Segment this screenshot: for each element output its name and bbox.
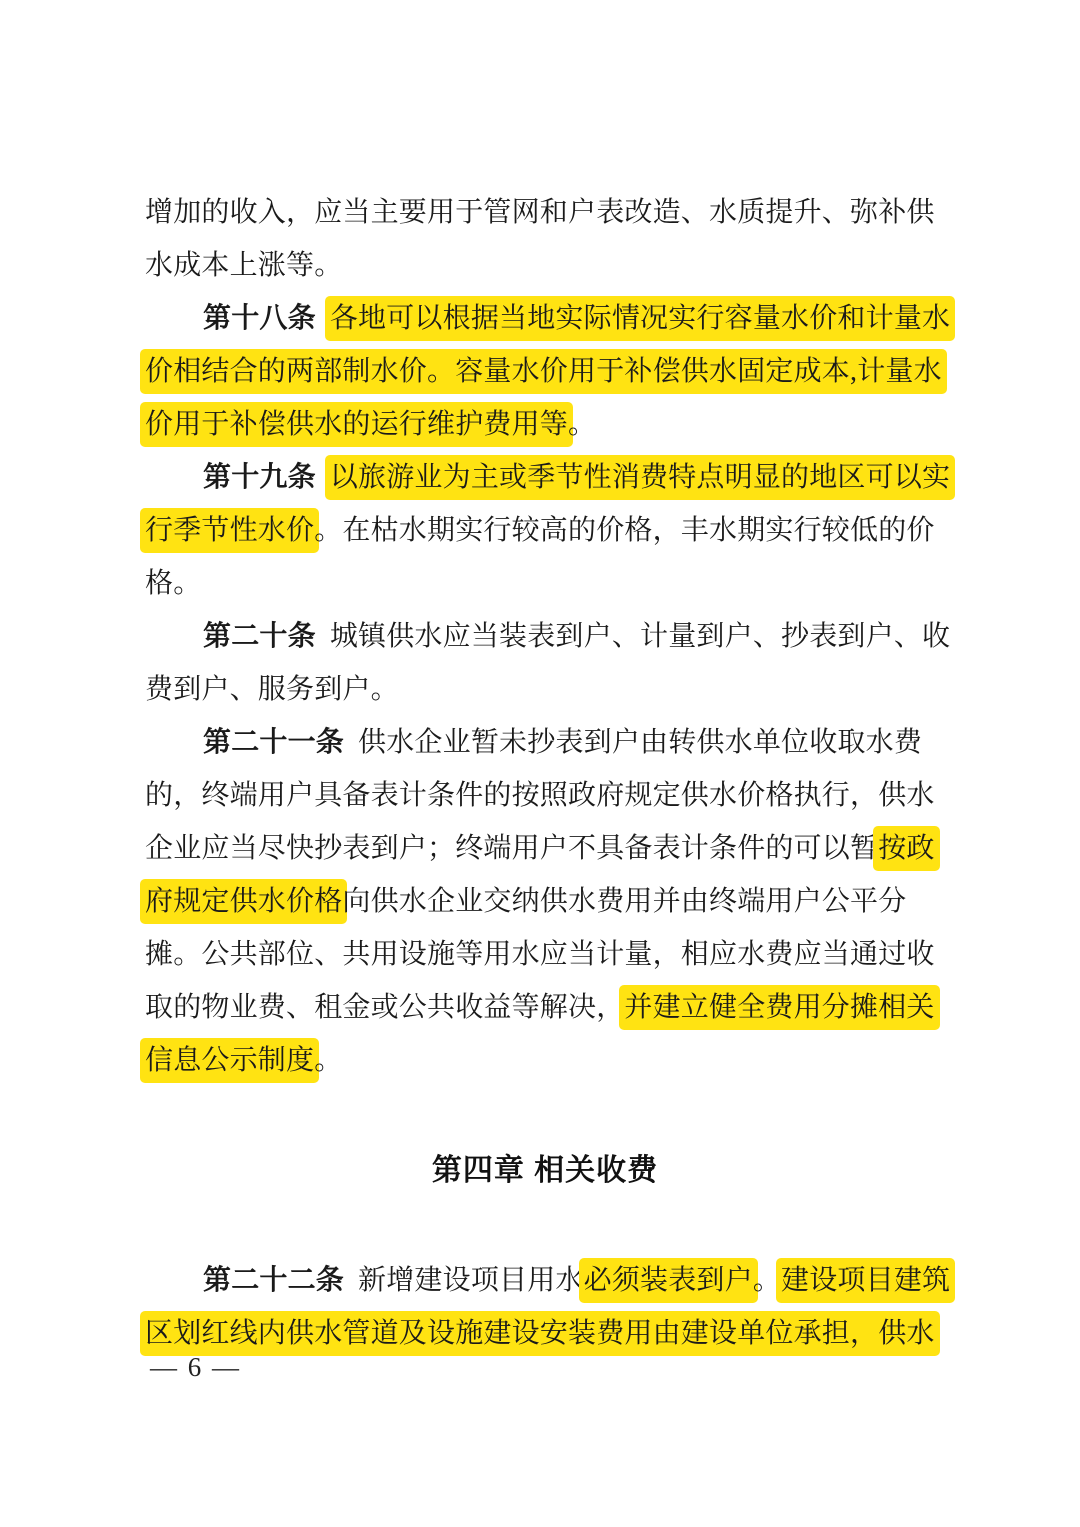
text-line: 价用于补偿供水的运行维护费用等。 <box>145 398 945 451</box>
body-segment: 企业应当尽快抄表到户；终端用户不具备表计条件的可以暂 <box>145 833 878 864</box>
body-segment: 摊。公共部位、共用设施等用水应当计量，相应水费应当通过收 <box>145 939 935 970</box>
body-segment: 增加的收入，应当主要用于管网和户表改造、水质提升、弥补供 <box>145 197 935 228</box>
body-segment: 。在枯水期实行较高的价格，丰水期实行较低的价 <box>314 515 934 546</box>
highlight-segment: 区划红线内供水管道及设施建设安装费用由建设单位承担，供水 <box>140 1311 940 1356</box>
body-segment: 向供水企业交纳供水费用并由终端用户公平分 <box>342 886 906 917</box>
document-page: 增加的收入，应当主要用于管网和户表改造、水质提升、弥补供 水成本上涨等。 第十八… <box>0 0 1080 1527</box>
text-line: 价相结合的两部制水价。容量水价用于补偿供水固定成本,计量水 <box>145 345 945 398</box>
highlight-segment: 价相结合的两部制水价。容量水价用于补偿供水固定成本,计量水 <box>140 349 947 394</box>
body-segment: 供水企业暂未抄表到户由转供水单位收取水费 <box>358 727 922 758</box>
highlight-segment: 行季节性水价 <box>140 508 319 553</box>
highlight-segment: 价用于补偿供水的运行维护费用等 <box>140 402 573 447</box>
body-segment: 新增建设项目用水 <box>358 1265 584 1296</box>
chapter-heading: 第四章 相关收费 <box>145 1144 945 1197</box>
text-line: 摊。公共部位、共用设施等用水应当计量，相应水费应当通过收 <box>145 928 945 981</box>
text-line: 第十九条以旅游业为主或季节性消费特点明显的地区可以实 <box>145 451 945 504</box>
article-label: 第二十二条 <box>203 1265 344 1296</box>
highlight-segment: 信息公示制度 <box>140 1038 319 1083</box>
body-segment: 水成本上涨等。 <box>145 250 342 281</box>
highlight-segment: 各地可以根据当地实际情况实行容量水价和计量水 <box>325 296 955 341</box>
article-label: 第十九条 <box>203 462 316 493</box>
body-segment: 。 <box>568 409 596 440</box>
text-line: 企业应当尽快抄表到户；终端用户不具备表计条件的可以暂按政 <box>145 822 945 875</box>
text-line: 区划红线内供水管道及设施建设安装费用由建设单位承担，供水 <box>145 1307 945 1360</box>
text-line: 的，终端用户具备表计条件的按照政府规定供水价格执行，供水 <box>145 769 945 822</box>
highlight-segment: 以旅游业为主或季节性消费特点明显的地区可以实 <box>325 455 955 500</box>
highlight-segment: 按政 <box>873 826 939 871</box>
text-line: 第二十条城镇供水应当装表到户、计量到户、抄表到户、收 <box>145 610 945 663</box>
text-line: 费到户、服务到户。 <box>145 663 945 716</box>
body-segment: 城镇供水应当装表到户、计量到户、抄表到户、收 <box>330 621 950 652</box>
highlight-segment: 府规定供水价格 <box>140 879 347 924</box>
article-label: 第十八条 <box>203 303 316 334</box>
text-line: 行季节性水价。在枯水期实行较高的价格，丰水期实行较低的价 <box>145 504 945 557</box>
text-line: 增加的收入，应当主要用于管网和户表改造、水质提升、弥补供 <box>145 186 945 239</box>
text-line: 格。 <box>145 557 945 610</box>
text-line: 信息公示制度。 <box>145 1034 945 1087</box>
body-segment: 费到户、服务到户。 <box>145 674 399 705</box>
body-segment: 。 <box>314 1045 342 1076</box>
text-line: 府规定供水价格向供水企业交纳供水费用并由终端用户公平分 <box>145 875 945 928</box>
highlight-segment: 并建立健全费用分摊相关 <box>619 985 939 1030</box>
text-line: 第十八条各地可以根据当地实际情况实行容量水价和计量水 <box>145 292 945 345</box>
text-line: 第二十二条新增建设项目用水必须装表到户。建设项目建筑 <box>145 1254 945 1307</box>
text-line: 水成本上涨等。 <box>145 239 945 292</box>
highlight-segment: 建设项目建筑 <box>776 1258 955 1303</box>
article-label: 第二十一条 <box>203 727 344 758</box>
text-line: 第二十一条供水企业暂未抄表到户由转供水单位收取水费 <box>145 716 945 769</box>
article-label: 第二十条 <box>203 621 316 652</box>
page-number: — 6 — <box>150 1352 241 1383</box>
body-segment: 的，终端用户具备表计条件的按照政府规定供水价格执行，供水 <box>145 780 935 811</box>
body-segment: 取的物业费、租金或公共收益等解决， <box>145 992 624 1023</box>
text-line: 取的物业费、租金或公共收益等解决，并建立健全费用分摊相关 <box>145 981 945 1034</box>
body-segment: 格。 <box>145 568 201 599</box>
highlight-segment: 必须装表到户 <box>579 1258 758 1303</box>
document-content: 增加的收入，应当主要用于管网和户表改造、水质提升、弥补供 水成本上涨等。 第十八… <box>145 186 945 1360</box>
